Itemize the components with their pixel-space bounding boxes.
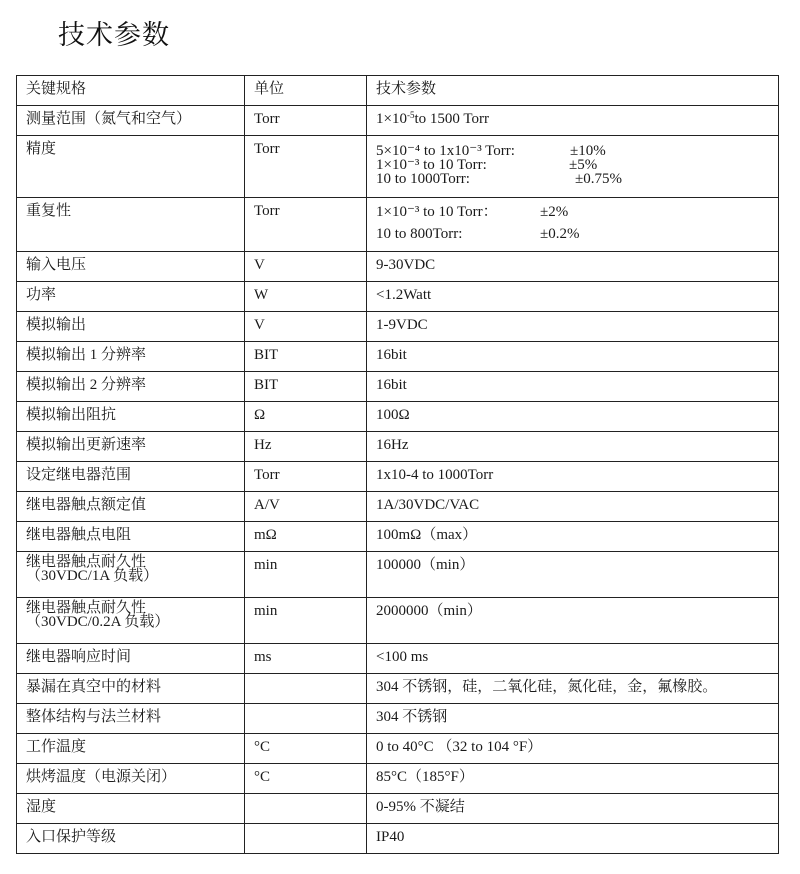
unit-cell: min <box>245 598 367 644</box>
spec-cell: 继电器响应时间 <box>17 644 245 674</box>
value-cell: 100000（min） <box>367 552 779 598</box>
value-cell: 1×10⁻³ to 10 Torr：±2% 10 to 800Torr:±0.2… <box>367 198 779 252</box>
unit-cell: BIT <box>245 372 367 402</box>
table-row: 测量范围（氮气和空气） Torr 1×10-5to 1500 Torr <box>17 106 779 136</box>
unit-cell: min <box>245 552 367 598</box>
value-cell: 304 不锈钢 <box>367 704 779 734</box>
spec-cell: 模拟输出更新速率 <box>17 432 245 462</box>
value-cell: 9-30VDC <box>367 252 779 282</box>
precision-line: 10 to 1000Torr:±0.75% <box>376 172 769 186</box>
spec-cell: 入口保护等级 <box>17 824 245 854</box>
table-row: 继电器触点电阻 mΩ 100mΩ（max） <box>17 522 779 552</box>
unit-cell <box>245 824 367 854</box>
header-spec: 关键规格 <box>17 76 245 106</box>
table-row: 整体结构与法兰材料 304 不锈钢 <box>17 704 779 734</box>
table-row: 继电器响应时间 ms <100 ms <box>17 644 779 674</box>
spec-cell: 湿度 <box>17 794 245 824</box>
table-row: 继电器触点耐久性 （30VDC/1A 负载） min 100000（min） <box>17 552 779 598</box>
spec-cell: 继电器触点额定值 <box>17 492 245 522</box>
unit-cell: Ω <box>245 402 367 432</box>
table-row: 重复性 Torr 1×10⁻³ to 10 Torr：±2% 10 to 800… <box>17 198 779 252</box>
unit-cell: A/V <box>245 492 367 522</box>
spec-table: 关键规格 单位 技术参数 测量范围（氮气和空气） Torr 1×10-5to 1… <box>16 75 779 854</box>
spec-cell: 工作温度 <box>17 734 245 764</box>
unit-cell: ms <box>245 644 367 674</box>
spec-cell: 继电器触点耐久性 （30VDC/1A 负载） <box>17 552 245 598</box>
table-row: 继电器触点耐久性 （30VDC/0.2A 负载） min 2000000（min… <box>17 598 779 644</box>
unit-cell: BIT <box>245 342 367 372</box>
value-cell: <1.2Watt <box>367 282 779 312</box>
spec-cell: 整体结构与法兰材料 <box>17 704 245 734</box>
value-cell: 16bit <box>367 372 779 402</box>
table-row: 烘烤温度（电源关闭） °C 85°C（185°F） <box>17 764 779 794</box>
unit-cell: W <box>245 282 367 312</box>
table-row: 工作温度 °C 0 to 40°C （32 to 104 °F） <box>17 734 779 764</box>
table-row: 输入电压 V 9-30VDC <box>17 252 779 282</box>
spec-cell: 模拟输出 <box>17 312 245 342</box>
value-cell: 16Hz <box>367 432 779 462</box>
unit-cell: Torr <box>245 462 367 492</box>
table-row: 设定继电器范围 Torr 1x10-4 to 1000Torr <box>17 462 779 492</box>
table-row: 模拟输出 1 分辨率 BIT 16bit <box>17 342 779 372</box>
value-cell: 16bit <box>367 342 779 372</box>
header-value: 技术参数 <box>367 76 779 106</box>
unit-cell: Torr <box>245 198 367 252</box>
value-cell: 0 to 40°C （32 to 104 °F） <box>367 734 779 764</box>
table-row: 暴漏在真空中的材料 304 不锈钢，硅，二氧化硅，氮化硅，金，氟橡胶。 <box>17 674 779 704</box>
unit-cell <box>245 674 367 704</box>
table-row: 入口保护等级 IP40 <box>17 824 779 854</box>
precision-line: 5×10⁻⁴ to 1x10⁻³ Torr:±10% <box>376 144 769 158</box>
spec-cell: 继电器触点电阻 <box>17 522 245 552</box>
unit-cell: Torr <box>245 136 367 198</box>
value-cell: 1x10-4 to 1000Torr <box>367 462 779 492</box>
spec-cell: 继电器触点耐久性 （30VDC/0.2A 负载） <box>17 598 245 644</box>
unit-cell: °C <box>245 764 367 794</box>
unit-cell: Hz <box>245 432 367 462</box>
spec-cell: 暴漏在真空中的材料 <box>17 674 245 704</box>
unit-cell: mΩ <box>245 522 367 552</box>
unit-cell <box>245 794 367 824</box>
precision-line: 1×10⁻³ to 10 Torr:±5% <box>376 158 769 172</box>
spec-cell: 测量范围（氮气和空气） <box>17 106 245 136</box>
value-cell: 1×10-5to 1500 Torr <box>367 106 779 136</box>
spec-cell: 模拟输出 2 分辨率 <box>17 372 245 402</box>
table-row: 精度 Torr 5×10⁻⁴ to 1x10⁻³ Torr:±10% 1×10⁻… <box>17 136 779 198</box>
unit-cell <box>245 704 367 734</box>
spec-cell: 模拟输出阻抗 <box>17 402 245 432</box>
spec-cell: 烘烤温度（电源关闭） <box>17 764 245 794</box>
spec-cell: 设定继电器范围 <box>17 462 245 492</box>
value-cell: <100 ms <box>367 644 779 674</box>
table-row: 模拟输出 2 分辨率 BIT 16bit <box>17 372 779 402</box>
table-row: 湿度 0-95% 不凝结 <box>17 794 779 824</box>
spec-cell: 重复性 <box>17 198 245 252</box>
table-header-row: 关键规格 单位 技术参数 <box>17 76 779 106</box>
spec-cell: 功率 <box>17 282 245 312</box>
table-row: 模拟输出 V 1-9VDC <box>17 312 779 342</box>
table-row: 模拟输出更新速率 Hz 16Hz <box>17 432 779 462</box>
header-unit: 单位 <box>245 76 367 106</box>
value-cell: 100mΩ（max） <box>367 522 779 552</box>
value-cell: 304 不锈钢，硅，二氧化硅，氮化硅，金，氟橡胶。 <box>367 674 779 704</box>
spec-cell: 精度 <box>17 136 245 198</box>
page-title: 技术参数 <box>58 17 170 55</box>
table-row: 模拟输出阻抗 Ω 100Ω <box>17 402 779 432</box>
value-cell: 2000000（min） <box>367 598 779 644</box>
spec-cell: 输入电压 <box>17 252 245 282</box>
value-cell: 100Ω <box>367 402 779 432</box>
table-row: 继电器触点额定值 A/V 1A/30VDC/VAC <box>17 492 779 522</box>
value-cell: 1A/30VDC/VAC <box>367 492 779 522</box>
table-row: 功率 W <1.2Watt <box>17 282 779 312</box>
unit-cell: V <box>245 312 367 342</box>
spec-cell: 模拟输出 1 分辨率 <box>17 342 245 372</box>
value-cell: IP40 <box>367 824 779 854</box>
repeatability-line: 1×10⁻³ to 10 Torr：±2% <box>376 201 769 223</box>
value-cell: 85°C（185°F） <box>367 764 779 794</box>
repeatability-line: 10 to 800Torr:±0.2% <box>376 223 769 245</box>
unit-cell: °C <box>245 734 367 764</box>
unit-cell: V <box>245 252 367 282</box>
value-cell: 1-9VDC <box>367 312 779 342</box>
unit-cell: Torr <box>245 106 367 136</box>
value-cell: 5×10⁻⁴ to 1x10⁻³ Torr:±10% 1×10⁻³ to 10 … <box>367 136 779 198</box>
value-cell: 0-95% 不凝结 <box>367 794 779 824</box>
